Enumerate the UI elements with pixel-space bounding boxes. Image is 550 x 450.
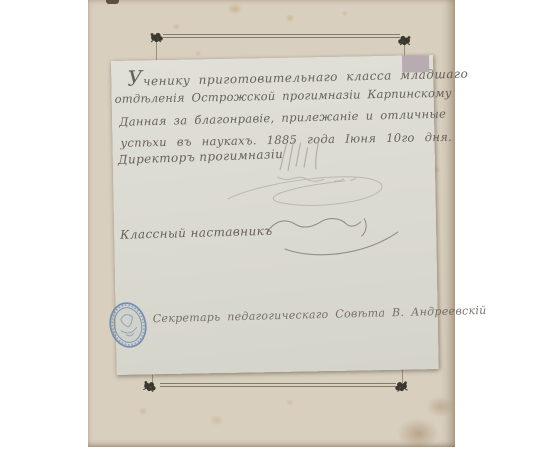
class-master-signature-flourish	[262, 214, 408, 265]
binding-edge-mark	[106, 0, 119, 4]
corner-rosette-icon	[141, 378, 160, 395]
frame-bottom-rule	[160, 383, 396, 387]
manuscript-sheet: Ученику приготовительнаго класса младшаг…	[111, 55, 439, 375]
class-master-title-line: Классный наставникъ	[120, 224, 273, 242]
director-signature-flourish	[224, 138, 400, 221]
corner-rosette-icon	[396, 34, 412, 48]
certificate-line-3: Данная за благонравіе, прилежаніе и отли…	[119, 107, 446, 129]
album-page: Ученику приготовительнаго класса младшаг…	[88, 0, 455, 447]
frame-vertical-line	[156, 42, 157, 62]
corner-rosette-icon	[149, 31, 165, 45]
frame-top-rule	[163, 34, 400, 38]
corner-rosette-icon	[392, 379, 410, 395]
secretary-line: Секретарь педагогическаго Совѣта В. Андр…	[153, 304, 487, 325]
